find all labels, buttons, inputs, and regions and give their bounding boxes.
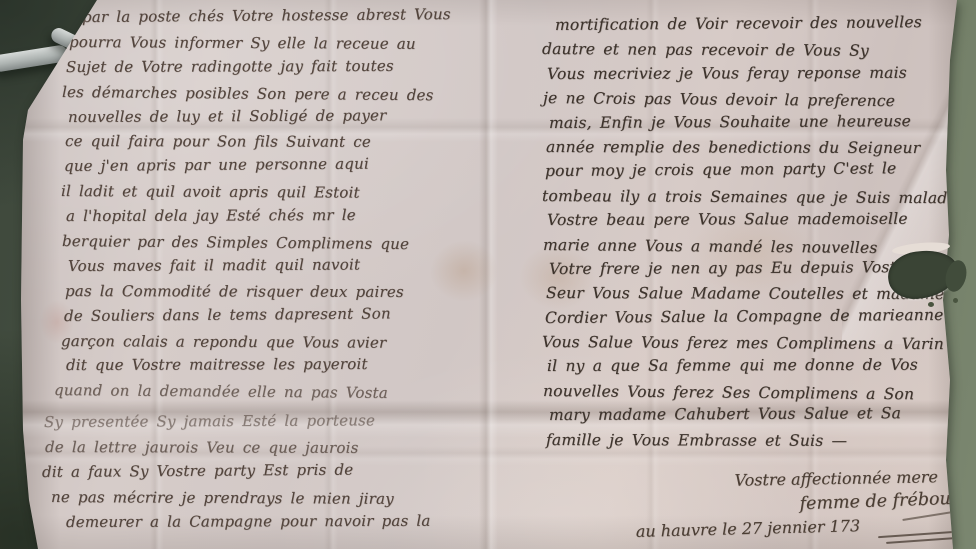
letter-line: de Souliers dans le tems dapresent Son — [64, 303, 476, 331]
letter-line: famille je Vous Embrasse et Suis — — [546, 431, 958, 456]
letter-line: Sy presentée Sy jamais Esté la porteuse — [44, 411, 480, 438]
letter-line: pour moy je crois que mon party C'est le — [545, 159, 957, 187]
letter-line: par la poste chés Votre hostesse abrest … — [82, 5, 476, 33]
letter-line: mais, Enfin je Vous Souhaite une heureus… — [549, 111, 961, 138]
closing-block: Vostre affectionnée merefemme de frébout — [598, 470, 960, 520]
letter-line: demeurer a la Campagne pour navoir pas l… — [66, 511, 478, 537]
letter-line: dit que Vostre maitresse les payeroit — [66, 355, 478, 381]
letter-line: mary madame Cahubert Vous Salue et Sa — [549, 404, 961, 431]
letter-line: mortification de Voir recevoir des nouve… — [555, 13, 957, 41]
photo-of-handwritten-letter: par la poste chés Votre hostesse abrest … — [0, 0, 976, 549]
letter-sheet-wrap: par la poste chés Votre hostesse abrest … — [0, 0, 976, 549]
paper-speck — [928, 302, 934, 307]
right-page-lines: mortification de Voir recevoir des nouve… — [545, 16, 957, 455]
letter-line: dit a faux Sy Vostre party Est pris de — [42, 460, 476, 488]
letter-line: Sujet de Votre radingotte jay fait toute… — [66, 56, 478, 82]
letter-line: Vous maves fait il madit quil navoit — [68, 255, 480, 282]
letter-line: Vous mecriviez je Vous feray reponse mai… — [547, 63, 959, 89]
left-page-lines: par la poste chés Votre hostesse abrest … — [64, 8, 476, 538]
letter-line: nouvelles de luy et il Sobligé de payer — [68, 105, 480, 132]
letter-line: quand on la demandée elle na pas Vosta — [54, 381, 474, 410]
letter-line: il ny a que Sa femme qui me donne de Vos — [547, 356, 959, 382]
letter-line: Cordier Vous Salue la Compagne de mariea… — [545, 305, 957, 333]
letter-line: a l'hopital dela jay Esté chés mr le — [66, 206, 478, 232]
letter-sheet: par la poste chés Votre hostesse abrest … — [0, 0, 976, 549]
letter-line: Vostre beau pere Vous Salue mademoiselle — [547, 210, 959, 236]
paper-speck — [953, 298, 958, 303]
letter-line: que j'en apris par une personne aqui — [64, 154, 476, 182]
